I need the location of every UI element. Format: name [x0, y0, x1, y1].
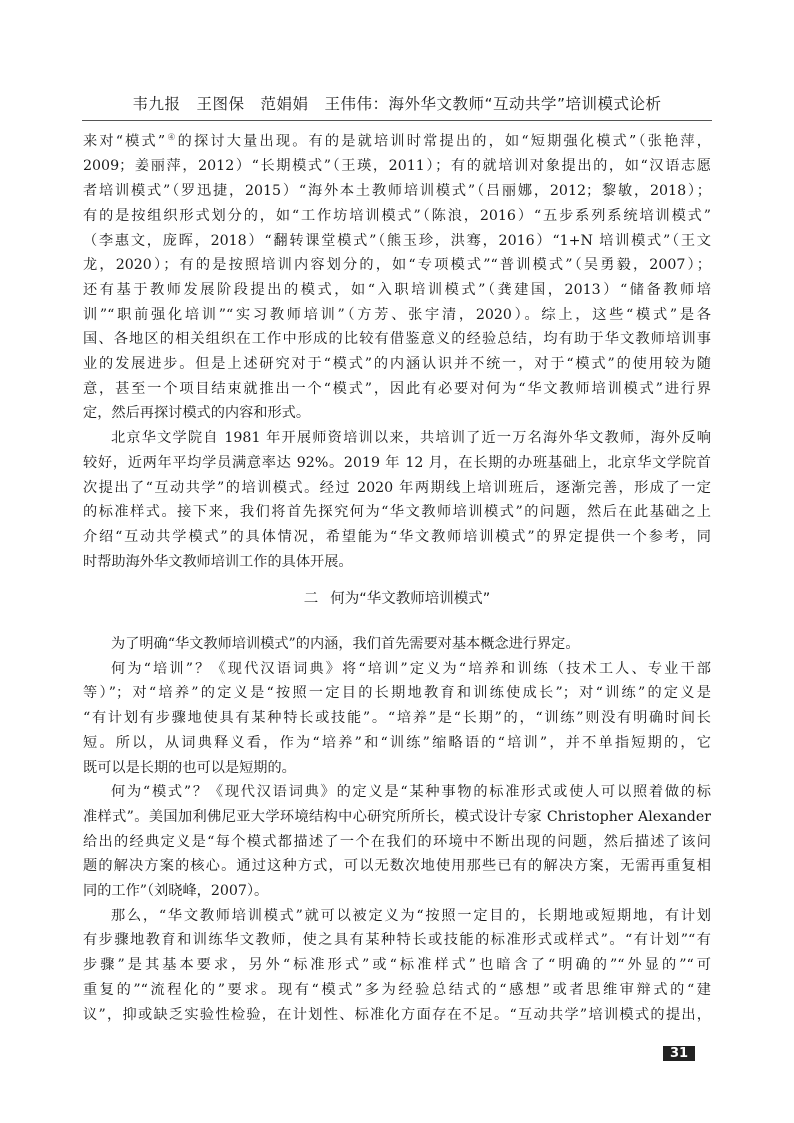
- text-line: 同的工作”（刘晓峰，2007）。: [83, 879, 711, 904]
- text-line: 步骤”是其基本要求，另外“标准形式”或“标准样式”也暗含了“明确的”“外显的”“…: [83, 953, 711, 978]
- page-number: 31: [663, 1046, 695, 1061]
- text-line: 国、各地区的相关组织在工作中形成的比较有借鉴意义的经验总结，均有助于华文教师培训…: [83, 327, 711, 352]
- text-line: 较好，近两年平均学员满意率达 92%。2019 年 12 月，在长期的办班基础上…: [83, 451, 711, 476]
- section-heading: 二何为“华文教师培训模式”: [83, 587, 711, 608]
- text-line: 等）”；对“培养”的定义是“按照一定目的长期地教育和训练使成长”；对“训练”的定…: [83, 681, 711, 706]
- text-line: 的标准样式。接下来，我们将首先探究何为“华文教师培训模式”的问题，然后在此基础之…: [83, 500, 711, 525]
- section-2-body: 为了明确“华文教师培训模式”的内涵，我们首先需要对基本概念进行界定。 何为“培训…: [83, 632, 711, 1027]
- paragraph: 北京华文学院自 1981 年开展师资培训以来，共培训了近一万名海外华文教师，海外…: [83, 426, 711, 574]
- text-line: 给出的经典定义是“每个模式都描述了一个在我们的环境中不断出现的问题，然后描述了该…: [83, 830, 711, 855]
- text-line: 有步骤地教育和训练华文教师，使之具有某种特长或技能的标准形式或样式”。“有计划”…: [83, 928, 711, 953]
- text-line: 北京华文学院自 1981 年开展师资培训以来，共培训了近一万名海外华文教师，海外…: [83, 426, 711, 451]
- text-line: 短。所以，从词典释义看，作为“培养”和“训练”缩略语的“培训”，并不单指短期的，…: [83, 731, 711, 756]
- text-line: 既可以是长期的也可以是短期的。: [83, 756, 711, 781]
- text-line: （李惠文，庞晖，2018）“翻转课堂模式”（熊玉珍，洪骞，2016）“1+N 培…: [83, 229, 711, 254]
- text-line: 准样式”。美国加利佛尼亚大学环境结构中心研究所所长，模式设计专家 Christo…: [83, 805, 711, 830]
- text-line: 者培训模式”（罗迅捷，2015）“海外本土教师培训模式”（吕丽娜，2012；黎敏…: [83, 179, 711, 204]
- text-line: 龙，2020）；有的是按照培训内容划分的，如“专项模式”“普训模式”（吴勇毅，2…: [83, 253, 711, 278]
- text-line: 2009；姜丽萍，2012）“长期模式”（王瑛，2011）；有的就培训对象提出的…: [83, 154, 711, 179]
- paragraph: 为了明确“华文教师培训模式”的内涵，我们首先需要对基本概念进行界定。: [83, 632, 711, 657]
- section-title: 何为“华文教师培训模式”: [330, 591, 490, 607]
- text-line: 来对“模式”④的探讨大量出现。有的是就培训时常提出的，如“短期强化模式”（张艳萍…: [83, 126, 711, 154]
- text-line: 那么，“华文教师培训模式”就可以被定义为“按照一定目的，长期地或短期地，有计划: [83, 904, 711, 929]
- text-line: 业的发展进步。但是上述研究对于“模式”的内涵认识并不统一，对于“模式”的使用较为…: [83, 352, 711, 377]
- text-line: 定，然后再探讨模式的内容和形式。: [83, 401, 711, 426]
- text-line: 为了明确“华文教师培训模式”的内涵，我们首先需要对基本概念进行界定。: [83, 632, 711, 657]
- paragraph: 来对“模式”④的探讨大量出现。有的是就培训时常提出的，如“短期强化模式”（张艳萍…: [83, 126, 711, 426]
- text-line: 介绍“互动共学模式”的具体情况，希望能为“华文教师培训模式”的界定提供一个参考，…: [83, 525, 711, 550]
- running-header: 韦九报 王图保 范娟娟 王伟伟：海外华文教师“互动共学”培训模式论析: [82, 92, 712, 114]
- paragraph: 那么，“华文教师培训模式”就可以被定义为“按照一定目的，长期地或短期地，有计划 …: [83, 904, 711, 1028]
- text-line: 次提出了“互动共学”的培训模式。经过 2020 年两期线上培训班后，逐渐完善，形…: [83, 476, 711, 501]
- section-number: 二: [304, 591, 319, 607]
- text-line: 何为“培训”？《现代汉语词典》将“培训”定义为“培养和训练（技术工人、专业干部: [83, 657, 711, 682]
- text-line: “有计划有步骤地使具有某种特长或技能”。“培养”是“长期”的，“训练”则没有明确…: [83, 706, 711, 731]
- section-1-body: 来对“模式”④的探讨大量出现。有的是就培训时常提出的，如“短期强化模式”（张艳萍…: [83, 126, 711, 574]
- paragraph: 何为“模式”？《现代汉语词典》的定义是“某种事物的标准形式或使人可以照着做的标 …: [83, 780, 711, 904]
- footnote-marker[interactable]: ④: [165, 133, 177, 143]
- text-line: 还有基于教师发展阶段提出的模式，如“入职培训模式”（龚建国，2013）“储备教师…: [83, 278, 711, 303]
- text-line: 训”“职前强化培训”“实习教师培训”（方芳、张宇清，2020）。综上，这些“模式…: [83, 303, 711, 328]
- text-line: 时帮助海外华文教师培训工作的具体开展。: [83, 550, 711, 575]
- text-line: 何为“模式”？《现代汉语词典》的定义是“某种事物的标准形式或使人可以照着做的标: [83, 780, 711, 805]
- running-header-text: 韦九报 王图保 范娟娟 王伟伟：海外华文教师“互动共学”培训模式论析: [132, 95, 661, 113]
- header-rule: [82, 120, 712, 121]
- text-line: 题的解决方案的核心。通过这种方式，可以无数次地使用那些已有的解决方案，无需再重复…: [83, 854, 711, 879]
- text-line: 重复的”“流程化的”要求。现有“模式”多为经验总结式的“感想”或者思维审辩式的“…: [83, 978, 711, 1003]
- text-line: 议”，抑或缺乏实验性检验，在计划性、标准化方面存在不足。“互动共学”培训模式的提…: [83, 1003, 711, 1028]
- text-line: 意，甚至一个项目结束就推出一个“模式”，因此有必要对何为“华文教师培训模式”进行…: [83, 377, 711, 402]
- paragraph: 何为“培训”？《现代汉语词典》将“培训”定义为“培养和训练（技术工人、专业干部 …: [83, 657, 711, 781]
- text-line: 有的是按组织形式划分的，如“工作坊培训模式”（陈浪，2016）“五步系列系统培训…: [83, 204, 711, 229]
